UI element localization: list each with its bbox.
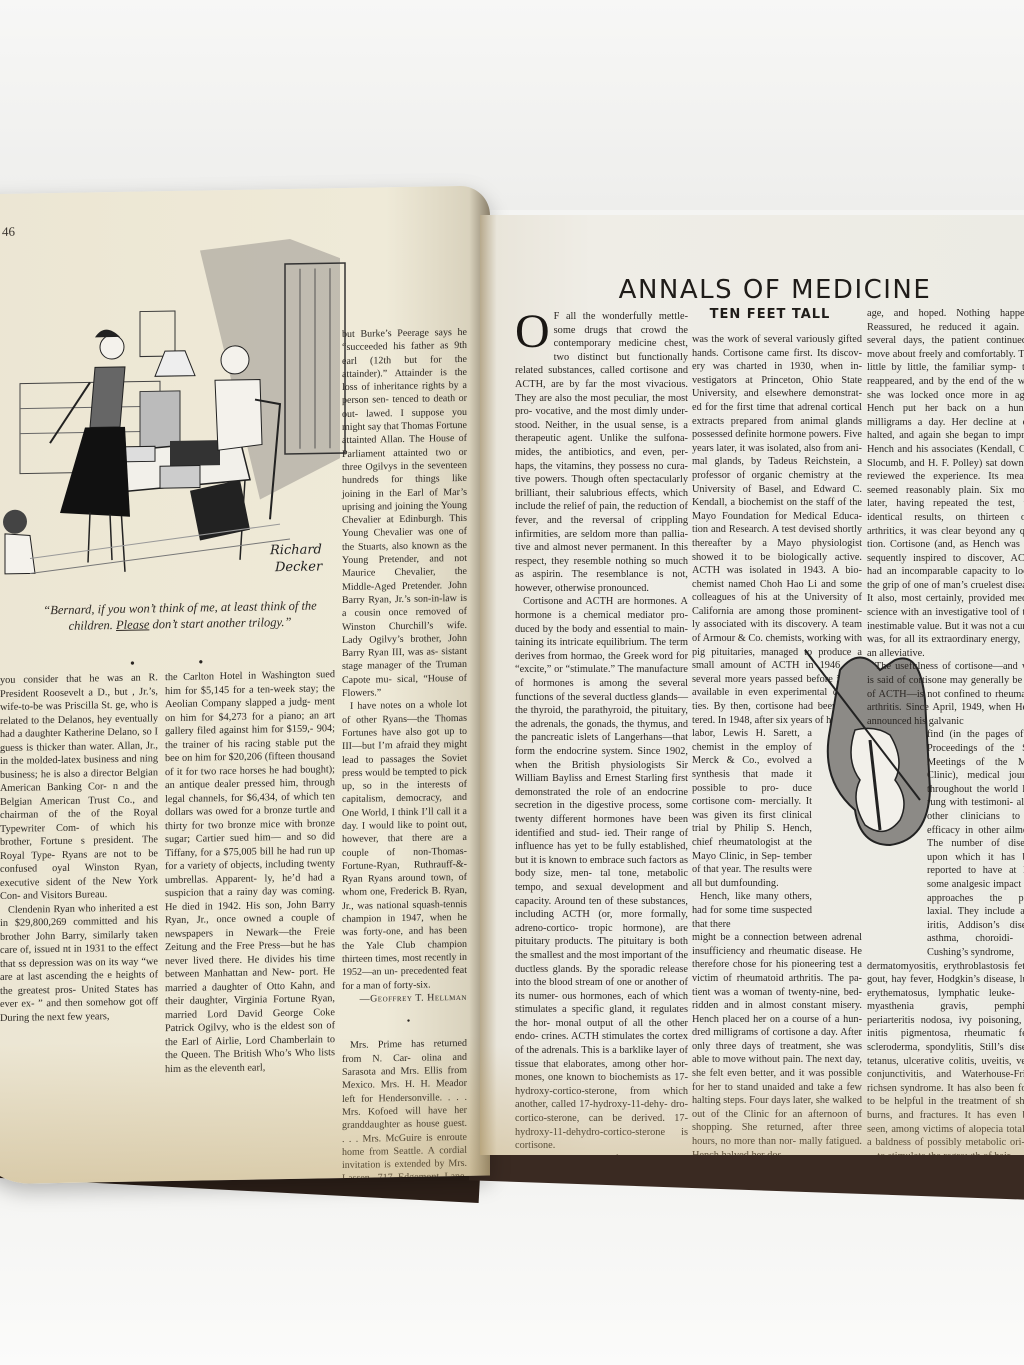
paragraph: Clendenin Ryan who inherited a est in $2…	[0, 901, 158, 1025]
paragraph: I have notes on a whole lot of other Rya…	[342, 698, 467, 993]
background-surface	[0, 0, 1024, 210]
cartoon-illustration: Richard Decker	[0, 238, 350, 594]
opening-paragraph: OF all the wonderfully mettle- some drug…	[515, 310, 688, 595]
paragraph: might be a connection between adrenal in…	[692, 931, 862, 1155]
paragraph: but Burke’s Peerage says he “succeeded h…	[342, 326, 467, 700]
paragraph: find (in the pages of the Proceedings of…	[927, 728, 1024, 959]
svg-text:Decker: Decker	[274, 559, 323, 575]
article-column-3: age, and hoped. Nothing happened. Reassu…	[867, 307, 1024, 1155]
paragraph: The development of cortisone and ACTH, l…	[515, 1153, 688, 1155]
caption-text-end: don’t start another trilogy.”	[149, 615, 291, 631]
paragraph: labor, Lewis H. Sarett, a chemist in the…	[692, 727, 812, 890]
background-surface-bottom	[0, 1180, 1024, 1365]
left-page: 46 Richard Decker	[0, 185, 490, 1184]
paragraph: Cortisone and ACTH are hormones. A hormo…	[515, 595, 688, 1152]
paragraph: dermatomyositis, erythroblastosis fetali…	[867, 960, 1024, 1156]
caption-underlined-word: Please	[116, 617, 149, 632]
left-column-1: you consider that he was an R. President…	[0, 671, 158, 1025]
drop-cap: O	[515, 312, 550, 352]
article-column-1: OF all the wonderfully mettle- some drug…	[515, 310, 688, 1155]
author-signature: —Geoffrey T. Hellman	[342, 991, 467, 1006]
paragraph: you consider that he was an R. President…	[0, 671, 158, 903]
paragraph: Hench, like many others, had for some ti…	[692, 890, 812, 931]
left-column-3-top: but Burke’s Peerage says he “succeeded h…	[342, 326, 467, 1185]
artist-signature: Richard	[269, 542, 322, 558]
page-number: 46	[2, 224, 15, 240]
newsbreak-quote: Mrs. Prime has returned from N. Car- oli…	[342, 1037, 467, 1184]
paragraph: The usefulness of cortisone—and what is …	[867, 660, 1024, 728]
section-dot: •	[342, 1014, 467, 1029]
section-title: ANNALS OF MEDICINE	[545, 275, 1005, 305]
paragraph: age, and hoped. Nothing happened. Reassu…	[867, 307, 1024, 660]
cartoon-caption: “Bernard, if you won’t think of me, at l…	[30, 598, 330, 634]
paragraph: the Carlton Hotel in Washington sued him…	[165, 668, 335, 1076]
article-title: TEN FEET TALL	[680, 307, 860, 322]
left-column-2: the Carlton Hotel in Washington sued him…	[165, 668, 335, 1076]
right-page: ANNALS OF MEDICINE TEN FEET TALL OF all …	[480, 215, 1024, 1155]
